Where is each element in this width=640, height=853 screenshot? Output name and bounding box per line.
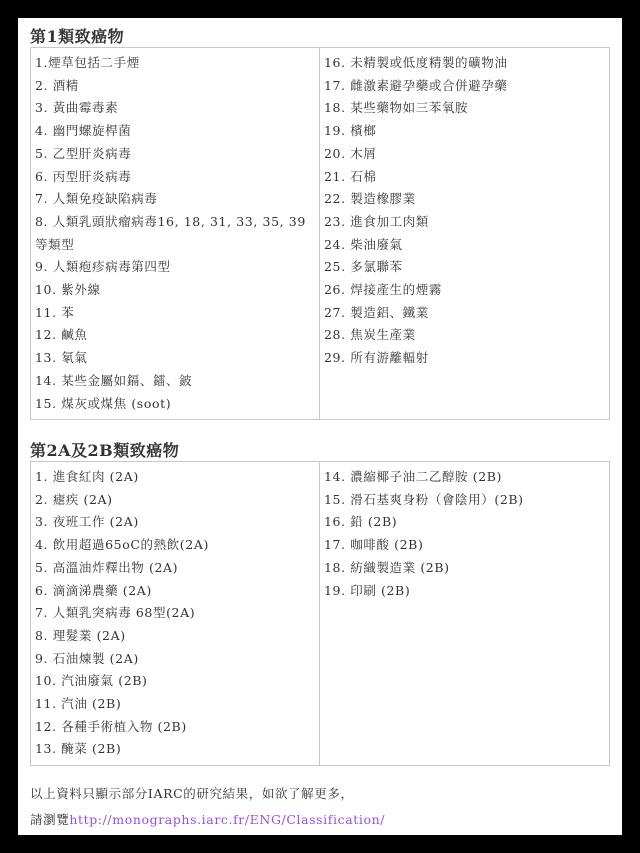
list-item: 15. 煤灰或煤焦 (soot) [35,393,319,416]
list-item: 9. 人類疱疹病毒第四型 [35,256,319,279]
list-item: 12. 鹹魚 [35,324,319,347]
list-item: 6. 滴滴涕農藥 (2A) [35,580,319,603]
list-item: 4. 飲用超過65oC的熱飲(2A) [35,534,319,557]
list-item: 29. 所有游離輻射 [324,347,609,370]
list-item: 16. 鉛 (2B) [324,511,609,534]
list-item: 9. 石油煉製 (2A) [35,648,319,671]
list-item: 7. 人類乳突病毒 68型(2A) [35,602,319,625]
list-item: 22. 製造橡膠業 [324,188,609,211]
list-item: 11. 苯 [35,302,319,325]
list-item: 2. 酒精 [35,75,319,98]
list-item: 1. 進食紅肉 (2A) [35,466,319,489]
list-item: 13. 醃菜 (2B) [35,738,319,761]
group2-table: 1. 進食紅肉 (2A)2. 瘧疾 (2A)3. 夜班工作 (2A)4. 飲用超… [30,461,610,766]
list-item: 14. 某些金屬如鎘、鐳、鈹 [35,370,319,393]
list-item: 1.煙草包括二手煙 [35,52,319,75]
list-item: 11. 汽油 (2B) [35,693,319,716]
footer-note: 以上資料只顯示部分IARC的研究結果，如欲了解更多， [30,784,354,802]
list-item: 3. 夜班工作 (2A) [35,511,319,534]
group1-left-column: 1.煙草包括二手煙2. 酒精3. 黃曲霉毒素4. 幽門螺旋桿菌5. 乙型肝炎病毒… [31,48,320,419]
document-page: 第1類致癌物 1.煙草包括二手煙2. 酒精3. 黃曲霉毒素4. 幽門螺旋桿菌5.… [18,18,622,835]
group1-table: 1.煙草包括二手煙2. 酒精3. 黃曲霉毒素4. 幽門螺旋桿菌5. 乙型肝炎病毒… [30,47,610,420]
list-item: 24. 柴油廢氣 [324,234,609,257]
list-item: 7. 人類免疫缺陷病毒 [35,188,319,211]
list-item: 23. 進食加工肉類 [324,211,609,234]
list-item: 10. 汽油廢氣 (2B) [35,670,319,693]
list-item: 8. 理髮業 (2A) [35,625,319,648]
section2-title: 第2A及2B類致癌物 [30,438,179,461]
list-item: 21. 石棉 [324,166,609,189]
group1-right-column: 16. 未精製或低度精製的礦物油17. 雌激素避孕藥或合併避孕藥18. 某些藥物… [320,48,609,419]
list-item: 25. 多氯聯苯 [324,256,609,279]
list-item: 18. 紡織製造業 (2B) [324,557,609,580]
list-item: 6. 丙型肝炎病毒 [35,166,319,189]
list-item: 14. 濃縮椰子油二乙醇胺 (2B) [324,466,609,489]
list-item: 2. 瘧疾 (2A) [35,489,319,512]
group2-left-column: 1. 進食紅肉 (2A)2. 瘧疾 (2A)3. 夜班工作 (2A)4. 飲用超… [31,462,320,765]
list-item: 4. 幽門螺旋桿菌 [35,120,319,143]
list-item: 10. 紫外線 [35,279,319,302]
footer-link-line: 請瀏覽http://monographs.iarc.fr/ENG/Classif… [30,810,385,828]
list-item: 12. 各種手術植入物 (2B) [35,716,319,739]
list-item: 3. 黃曲霉毒素 [35,97,319,120]
list-item: 13. 氡氣 [35,347,319,370]
list-item: 18. 某些藥物如三苯氧胺 [324,97,609,120]
list-item: 27. 製造鋁、鐵業 [324,302,609,325]
list-item: 5. 高溫油炸釋出物 (2A) [35,557,319,580]
list-item: 20. 木屑 [324,143,609,166]
list-item: 19. 檳榔 [324,120,609,143]
list-item: 17. 雌激素避孕藥或合併避孕藥 [324,75,609,98]
list-item: 8. 人類乳頭狀瘤病毒16, 18, 31, 33, 35, 39 等類型 [35,211,319,256]
group2-right-column: 14. 濃縮椰子油二乙醇胺 (2B)15. 滑石基爽身粉（會陰用）(2B)16.… [320,462,609,765]
footer-prefix: 請瀏覽 [30,812,69,827]
list-item: 26. 焊接產生的煙霧 [324,279,609,302]
list-item: 28. 焦炭生產業 [324,324,609,347]
list-item: 15. 滑石基爽身粉（會陰用）(2B) [324,489,609,512]
list-item: 17. 咖啡酸 (2B) [324,534,609,557]
list-item: 5. 乙型肝炎病毒 [35,143,319,166]
list-item: 16. 未精製或低度精製的礦物油 [324,52,609,75]
section1-title: 第1類致癌物 [30,24,124,47]
list-item: 19. 印刷 (2B) [324,580,609,603]
iarc-classification-link[interactable]: http://monographs.iarc.fr/ENG/Classifica… [69,812,385,827]
